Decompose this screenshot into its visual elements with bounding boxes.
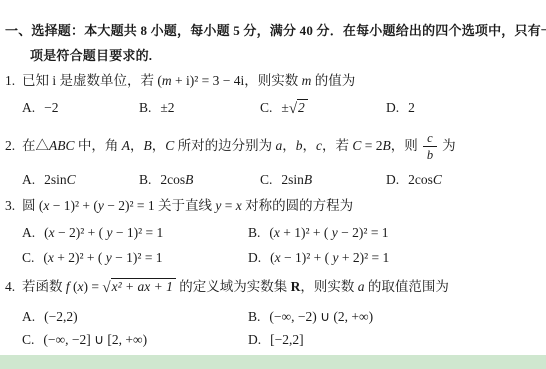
option-value: (x + 2)² + ( y − 1)² = 1	[43, 250, 162, 265]
text-segment: 关于直线	[155, 198, 216, 213]
question-4-text: 若函数 f (x) = √x² + ax + 1 的定义域为实数集 R，则实数 …	[22, 279, 449, 294]
text-segment: 若函数	[22, 279, 66, 294]
text-segment: − 1)² + (	[281, 250, 333, 265]
option-value: 2	[408, 100, 415, 115]
text-segment: △	[36, 138, 50, 153]
text-segment: ±	[281, 100, 288, 115]
text-segment: a	[358, 279, 365, 294]
question-2-options: A.2sinC B.2cosB C.2sinB D.2cosC	[0, 171, 546, 191]
option-label: C.	[22, 332, 34, 347]
text-segment: C	[67, 172, 76, 187]
option-label: B.	[139, 172, 151, 187]
text-segment: 是虚数单位，若	[56, 73, 157, 88]
text-segment: (−∞, −2] ∪ [2, +∞)	[43, 332, 147, 347]
option-label: A.	[22, 225, 35, 240]
option-label: B.	[248, 225, 260, 240]
question-3-number: 3.	[5, 197, 22, 215]
text-segment: (−∞, −2) ∪ (2, +∞)	[269, 309, 373, 324]
text-segment: 已知	[22, 73, 52, 88]
text-segment: [−2,2]	[270, 332, 303, 347]
text-segment: 的值为	[311, 73, 355, 88]
question-4-number: 4.	[5, 278, 22, 296]
section-header-line1: 一、选择题：本大题共 8 小题，每小题 5 分，满分 40 分．在每小题给出的四…	[5, 18, 544, 43]
text-segment: 对称的圆的方程为	[242, 198, 353, 213]
text-segment: ，则实数	[300, 279, 357, 294]
text-segment: − 1)² + (	[49, 198, 98, 213]
text-segment: B	[185, 172, 193, 187]
text-segment: ，则	[391, 138, 421, 153]
text-segment: 2cos	[408, 172, 433, 187]
option-value: (x − 1)² + ( y + 2)² = 1	[270, 250, 389, 265]
question-3-text: 圆 (x − 1)² + (y − 2)² = 1 关于直线 y = x 对称的…	[22, 198, 353, 213]
option-label: A.	[22, 172, 35, 187]
question-4-option-c: C.(−∞, −2] ∪ [2, +∞)	[22, 331, 147, 349]
text-segment: b	[296, 138, 303, 153]
question-3-option-b: B.(x + 1)² + ( y − 2)² = 1	[248, 224, 389, 242]
text-segment: 圆	[22, 198, 39, 213]
option-value: 2sinC	[44, 172, 76, 187]
option-label: B.	[248, 309, 260, 324]
option-value: ±2	[160, 100, 174, 115]
question-4-stem: 4.若函数 f (x) = √x² + ax + 1 的定义域为实数集 R，则实…	[5, 278, 546, 298]
option-label: D.	[386, 100, 399, 115]
question-3-option-d: D.(x − 1)² + ( y + 2)² = 1	[248, 249, 389, 267]
text-segment: + 2)² = 1	[339, 250, 390, 265]
text-segment: m	[302, 73, 312, 88]
option-value: −2	[44, 100, 58, 115]
question-1-options: A.−2 B.±2 C.±√2 D.2	[0, 99, 546, 119]
section-header: 一、选择题：本大题共 8 小题，每小题 5 分，满分 40 分．在每小题给出的四…	[5, 18, 544, 68]
option-label: D.	[386, 172, 399, 187]
question-1-option-c: C.±√2	[260, 99, 308, 118]
text-segment: + 2)² + (	[54, 250, 106, 265]
text-segment: B	[304, 172, 312, 187]
question-2-option-d: D.2cosC	[386, 171, 442, 189]
option-value: (x − 2)² + ( y − 1)² = 1	[44, 225, 163, 240]
text-segment: ，则实数	[244, 73, 301, 88]
option-label: C.	[260, 172, 272, 187]
option-value: (−∞, −2) ∪ (2, +∞)	[269, 309, 373, 324]
question-3-option-c: C.(x + 2)² + ( y − 1)² = 1	[22, 249, 163, 267]
option-value: (−2,2)	[44, 309, 77, 324]
exam-page: 一、选择题：本大题共 8 小题，每小题 5 分，满分 40 分．在每小题给出的四…	[0, 0, 546, 369]
option-value: (x + 1)² + ( y − 2)² = 1	[269, 225, 388, 240]
option-value: 2sinB	[281, 172, 312, 187]
option-label: A.	[22, 309, 35, 324]
question-3-option-a: A.(x − 2)² + ( y − 1)² = 1	[22, 224, 163, 242]
text-segment: m	[162, 73, 172, 88]
text-segment: − 1)² = 1	[113, 225, 164, 240]
text-segment: ，若	[322, 138, 352, 153]
option-value: 2cosC	[408, 172, 442, 187]
option-label: B.	[139, 100, 151, 115]
text-segment: 在	[22, 138, 36, 153]
text-segment: − 2)² + (	[55, 225, 107, 240]
text-segment: = 2	[361, 138, 382, 153]
text-segment: ) =	[84, 279, 103, 294]
question-1-number: 1.	[5, 72, 22, 90]
text-segment: − 2)² = 1	[104, 198, 155, 213]
question-1-option-b: B.±2	[139, 99, 175, 117]
question-1-text: 已知 i 是虚数单位，若 (m + i)² = 3 − 4i，则实数 m 的值为	[22, 73, 355, 88]
text-segment: ，	[282, 138, 296, 153]
text-segment: ，	[152, 138, 166, 153]
radical: √2	[289, 99, 308, 118]
text-segment: C	[433, 172, 442, 187]
option-value: [−2,2]	[270, 332, 303, 347]
option-value: 2cosB	[160, 172, 193, 187]
text-segment: B	[144, 138, 152, 153]
question-4-option-b: B.(−∞, −2) ∪ (2, +∞)	[248, 308, 373, 326]
question-4-option-d: D.[−2,2]	[248, 331, 304, 349]
option-label: C.	[22, 250, 34, 265]
text-segment: 的取值范围为	[365, 279, 449, 294]
text-segment: ，	[130, 138, 144, 153]
text-segment: (	[70, 279, 78, 294]
text-segment: 中，角	[75, 138, 122, 153]
question-2-number: 2.	[5, 137, 22, 155]
text-segment: =	[221, 198, 235, 213]
text-segment: 2cos	[160, 172, 185, 187]
question-2-option-b: B.2cosB	[139, 171, 193, 189]
text-segment: 2sin	[44, 172, 67, 187]
question-1-option-a: A.−2	[22, 99, 59, 117]
text-segment: ，	[303, 138, 317, 153]
option-value: ±√2	[281, 100, 307, 115]
option-value: (−∞, −2] ∪ [2, +∞)	[43, 332, 147, 347]
text-segment: (−2,2)	[44, 309, 77, 324]
text-segment: ±2	[160, 100, 174, 115]
text-segment: B	[383, 138, 391, 153]
option-label: C.	[260, 100, 272, 115]
question-4-options-row2: C.(−∞, −2] ∪ [2, +∞) D.[−2,2]	[0, 331, 546, 351]
question-1-stem: 1.已知 i 是虚数单位，若 (m + i)² = 3 − 4i，则实数 m 的…	[5, 72, 546, 92]
text-segment: + i)² = 3 − 4i	[172, 73, 245, 88]
section-header-line2: 项是符合题目要求的.	[5, 43, 544, 68]
text-segment: 为	[439, 138, 456, 153]
question-3-options-row2: C.(x + 2)² + ( y − 1)² = 1 D.(x − 1)² + …	[0, 249, 546, 269]
text-segment: A	[122, 138, 130, 153]
text-segment: 2	[408, 100, 415, 115]
radical: √x² + ax + 1	[102, 278, 176, 297]
fraction: cb	[423, 131, 437, 163]
text-segment: 的定义域为实数集	[176, 279, 291, 294]
text-segment: − 1)² = 1	[112, 250, 163, 265]
question-3-options-row1: A.(x − 2)² + ( y − 1)² = 1 B.(x + 1)² + …	[0, 224, 546, 244]
option-label: D.	[248, 250, 261, 265]
text-segment: C	[165, 138, 174, 153]
question-4-options-row1: A.(−2,2) B.(−∞, −2) ∪ (2, +∞)	[0, 308, 546, 328]
question-2-option-c: C.2sinB	[260, 171, 312, 189]
text-segment: 所对的边分别为	[174, 138, 275, 153]
text-segment: ABC	[49, 138, 75, 153]
question-3-stem: 3.圆 (x − 1)² + (y − 2)² = 1 关于直线 y = x 对…	[5, 197, 546, 217]
text-segment: + 1)² + (	[280, 225, 332, 240]
text-segment: − 2)² = 1	[338, 225, 389, 240]
option-label: D.	[248, 332, 261, 347]
option-label: A.	[22, 100, 35, 115]
footer-highlight-bar	[0, 355, 546, 369]
text-segment: −2	[44, 100, 58, 115]
text-segment: R	[291, 279, 301, 294]
question-2-option-a: A.2sinC	[22, 171, 76, 189]
question-2-text: 在△ABC 中，角 A，B，C 所对的边分别为 a，b，c，若 C = 2B，则…	[22, 138, 456, 153]
question-1-option-d: D.2	[386, 99, 415, 117]
question-4-option-a: A.(−2,2)	[22, 308, 78, 326]
question-2-stem: 2.在△ABC 中，角 A，B，C 所对的边分别为 a，b，c，若 C = 2B…	[5, 131, 546, 151]
text-segment: 2sin	[281, 172, 304, 187]
